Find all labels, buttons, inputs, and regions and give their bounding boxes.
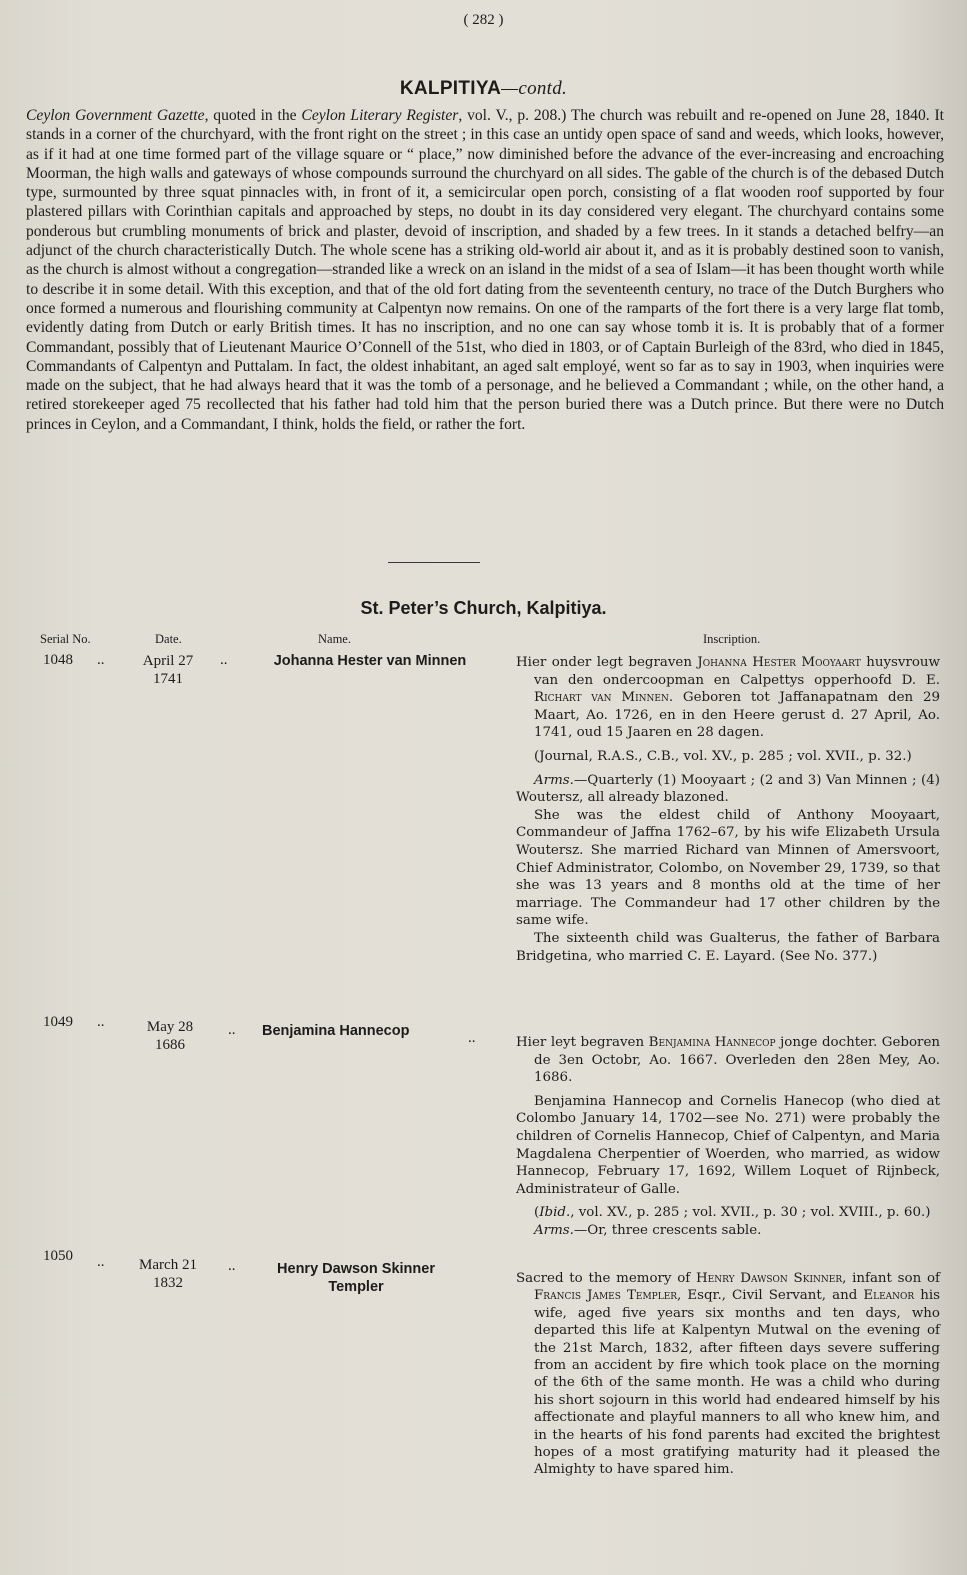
entry-date: May 281686 bbox=[130, 1018, 210, 1054]
intro-italic-source-2: Ceylon Literary Register bbox=[301, 107, 458, 124]
column-header-inscription: Inscription. bbox=[703, 632, 760, 647]
insc-smallcaps: Eleanor bbox=[863, 1288, 914, 1303]
leader-dots: .. bbox=[97, 652, 105, 669]
date-line-2: 1832 bbox=[128, 1274, 208, 1292]
intro-italic-source-1: Ceylon Government Gazette bbox=[26, 107, 205, 124]
entry-reference: (Ibid., vol. XV., p. 285 ; vol. XVII., p… bbox=[516, 1204, 940, 1222]
insc-text: his wife, aged five years six months and… bbox=[534, 1288, 940, 1477]
leader-dots: .. bbox=[228, 1022, 236, 1039]
ref-text: , vol. XV., p. 285 ; vol. XVII., p. 30 ;… bbox=[570, 1205, 930, 1220]
intro-text-2: , vol. V., p. 208.) The church was rebui… bbox=[26, 107, 944, 433]
serial-number: 1049 bbox=[43, 1014, 73, 1031]
insc-smallcaps: Richart van Minnen bbox=[534, 690, 669, 705]
entry-note: The sixteenth child was Gualterus, the f… bbox=[516, 930, 940, 965]
heading-suffix: —contd. bbox=[501, 78, 567, 99]
section-divider bbox=[388, 562, 480, 563]
arms-text: —Or, three crescents sable. bbox=[574, 1223, 761, 1238]
insc-smallcaps: Johanna Hester Mooyaart bbox=[697, 655, 860, 670]
insc-smallcaps: Henry Dawson Skinner bbox=[696, 1271, 842, 1286]
arms-text: —Quarterly (1) Mooyaart ; (2 and 3) Van … bbox=[516, 773, 940, 806]
date-line-1: April 27 bbox=[128, 652, 208, 670]
entry-name: Henry Dawson SkinnerTempler bbox=[256, 1260, 456, 1296]
date-line-1: March 21 bbox=[128, 1256, 208, 1274]
heading-title: KALPITIYA bbox=[400, 78, 501, 99]
serial-number: 1048 bbox=[43, 652, 73, 669]
intro-paragraph: Ceylon Government Gazette, quoted in the… bbox=[26, 106, 944, 434]
insc-text: Hier onder legt begraven bbox=[516, 655, 697, 670]
date-line-2: 1686 bbox=[130, 1036, 210, 1054]
leader-dots: .. bbox=[97, 1254, 105, 1271]
insc-smallcaps: Francis James Templer bbox=[534, 1288, 677, 1303]
name-line-1: Henry Dawson Skinner bbox=[256, 1260, 456, 1278]
entry-reference: (Journal, R.A.S., C.B., vol. XV., p. 285… bbox=[516, 748, 940, 766]
leader-dots: .. bbox=[228, 1258, 236, 1275]
intro-text-1: , quoted in the bbox=[205, 107, 302, 124]
entry-date: March 211832 bbox=[128, 1256, 208, 1292]
entry-note: Benjamina Hannecop and Cornelis Hanecop … bbox=[516, 1093, 940, 1199]
arms-label: Arms. bbox=[534, 773, 574, 788]
serial-number: 1050 bbox=[43, 1248, 73, 1265]
date-line-2: 1741 bbox=[128, 670, 208, 688]
entry-name: Johanna Hester van Minnen bbox=[256, 652, 484, 670]
insc-text: , infant son of bbox=[842, 1271, 940, 1286]
column-header-serial: Serial No. bbox=[40, 632, 91, 647]
insc-smallcaps: Benjamina Hannecop bbox=[649, 1035, 776, 1050]
entry-note: She was the eldest child of Anthony Mooy… bbox=[516, 807, 940, 930]
entry-inscription: Hier leyt begraven Benjamina Hannecop jo… bbox=[516, 1034, 940, 1240]
insc-text: Hier leyt begraven bbox=[516, 1035, 649, 1050]
column-header-date: Date. bbox=[155, 632, 182, 647]
entry-inscription: Hier onder legt begraven Johanna Hester … bbox=[516, 654, 940, 965]
entry-name: Benjamina Hannecop bbox=[262, 1022, 437, 1040]
date-line-1: May 28 bbox=[130, 1018, 210, 1036]
section-title: St. Peter’s Church, Kalpitiya. bbox=[0, 598, 967, 619]
ref-italic: Ibid. bbox=[539, 1205, 570, 1220]
leader-dots: .. bbox=[468, 1030, 476, 1047]
page-number: ( 282 ) bbox=[0, 12, 967, 29]
leader-dots: .. bbox=[220, 652, 228, 669]
page-heading: KALPITIYA—contd. bbox=[0, 78, 967, 100]
insc-text: , Esqr., Civil Servant, and bbox=[677, 1288, 863, 1303]
name-line-2: Templer bbox=[256, 1278, 456, 1296]
entry-inscription: Sacred to the memory of Henry Dawson Ski… bbox=[516, 1270, 940, 1485]
insc-text: Sacred to the memory of bbox=[516, 1271, 696, 1286]
column-header-name: Name. bbox=[318, 632, 351, 647]
leader-dots: .. bbox=[97, 1014, 105, 1031]
entry-date: April 271741 bbox=[128, 652, 208, 688]
arms-label: Arms. bbox=[534, 1223, 574, 1238]
